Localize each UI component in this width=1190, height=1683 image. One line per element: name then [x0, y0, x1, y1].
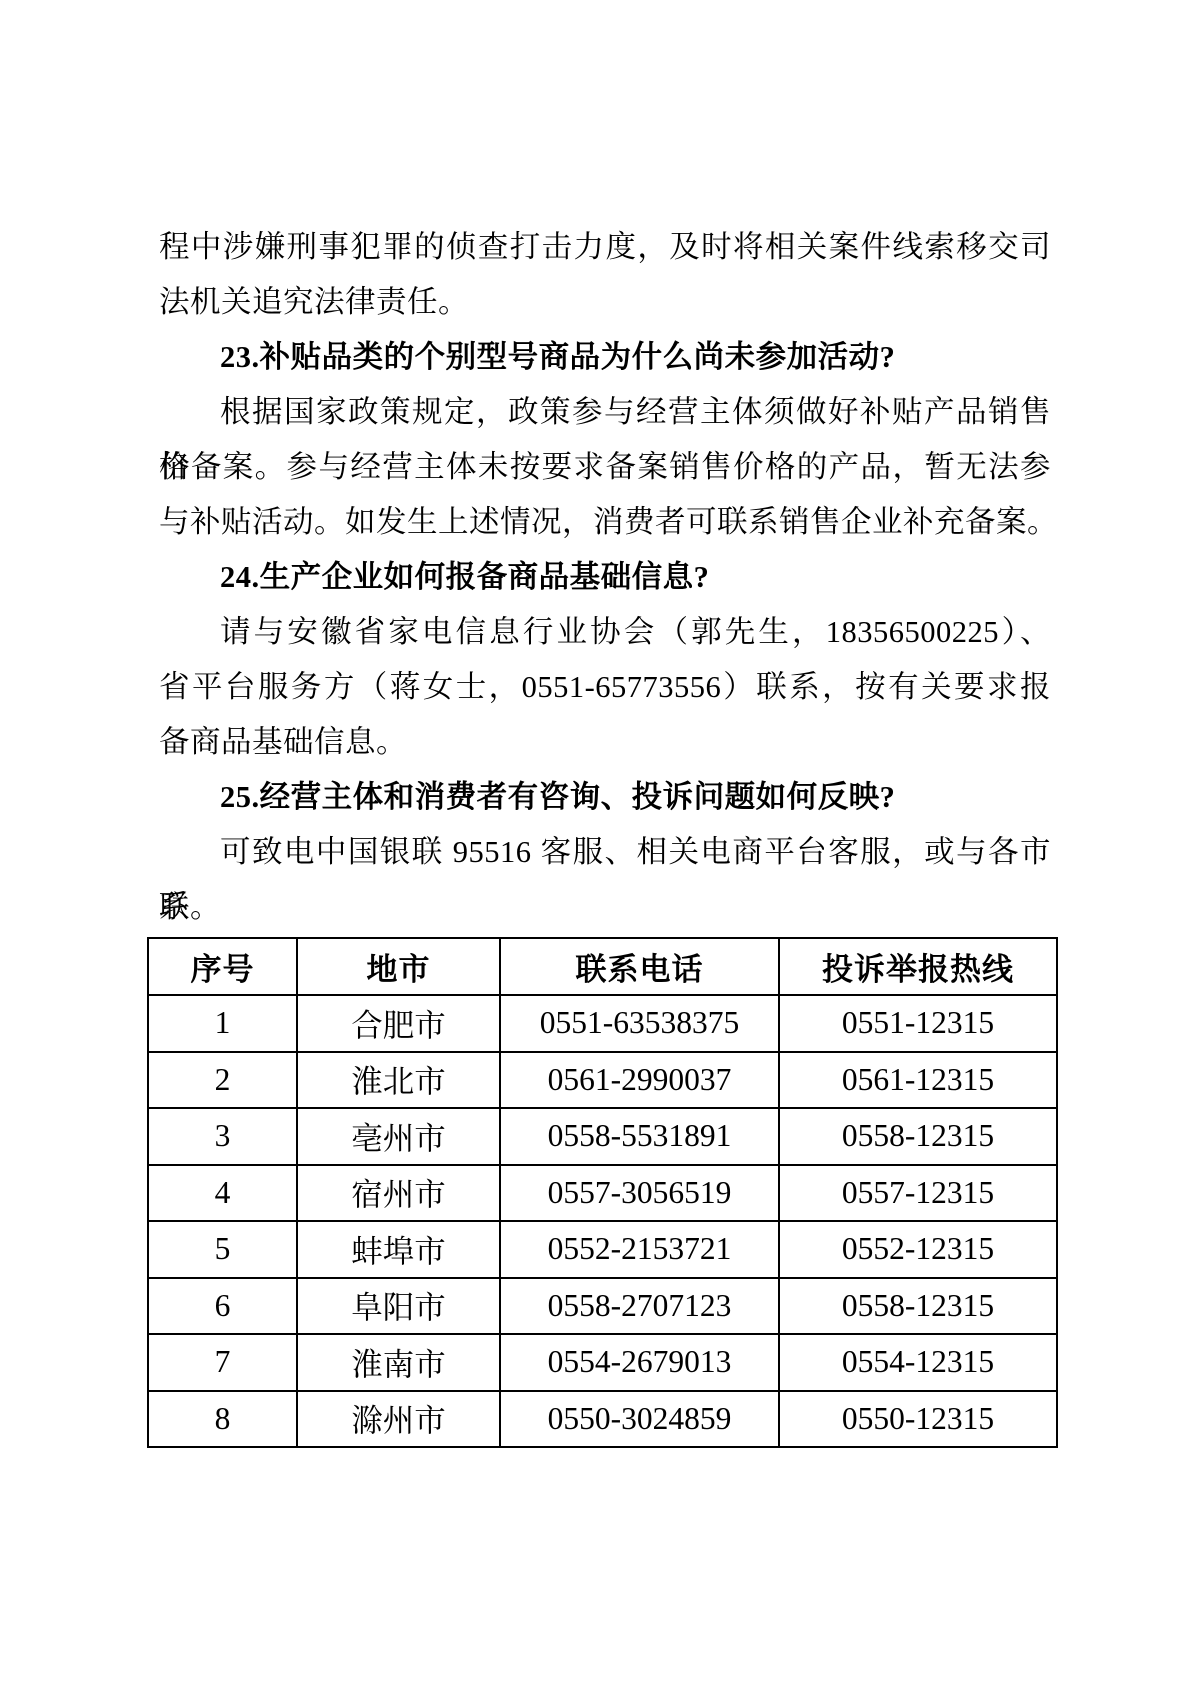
- table-header-row: 序号地市联系电话投诉举报热线: [148, 938, 1057, 995]
- table-cell: 3: [148, 1108, 297, 1165]
- answer-23: 根据国家政策规定，政策参与经营主体须做好补贴产品销售价格备案。参与经营主体未按要…: [159, 385, 1051, 550]
- table-cell: 合肥市: [297, 995, 500, 1052]
- table-cell: 1: [148, 995, 297, 1052]
- table-cell: 0558-5531891: [500, 1108, 779, 1165]
- table-row: 2淮北市0561-29900370561-12315: [148, 1052, 1057, 1109]
- paragraph-line: 法机关追究法律责任。: [159, 275, 1051, 330]
- table-cell: 0557-3056519: [500, 1165, 779, 1222]
- question-25: 25.经营主体和消费者有咨询、投诉问题如何反映?: [159, 770, 1051, 825]
- paragraph-line: 格备案。参与经营主体未按要求备案销售价格的产品，暂无法参: [159, 440, 1051, 495]
- table-cell: 亳州市: [297, 1108, 500, 1165]
- table-cell: 2: [148, 1052, 297, 1109]
- table-row: 3亳州市0558-55318910558-12315: [148, 1108, 1057, 1165]
- paragraph-line: 与补贴活动。如发生上述情况，消费者可联系销售企业补充备案。: [159, 495, 1051, 550]
- heading-line: 24.生产企业如何报备商品基础信息?: [159, 550, 1051, 605]
- table-cell: 0550-12315: [779, 1391, 1057, 1448]
- table-cell: 0552-12315: [779, 1221, 1057, 1278]
- question-23: 23.补贴品类的个别型号商品为什么尚未参加活动?: [159, 330, 1051, 385]
- table-row: 5蚌埠市0552-21537210552-12315: [148, 1221, 1057, 1278]
- table-cell: 滁州市: [297, 1391, 500, 1448]
- table-cell: 蚌埠市: [297, 1221, 500, 1278]
- heading-line: 23.补贴品类的个别型号商品为什么尚未参加活动?: [159, 330, 1051, 385]
- table-row: 1合肥市0551-635383750551-12315: [148, 995, 1057, 1052]
- table-cell: 0558-2707123: [500, 1278, 779, 1335]
- question-24: 24.生产企业如何报备商品基础信息?: [159, 550, 1051, 605]
- paragraph-line: 根据国家政策规定，政策参与经营主体须做好补贴产品销售价: [159, 385, 1051, 440]
- paragraph-line: 系。: [159, 880, 1051, 935]
- table-header-cell: 联系电话: [500, 938, 779, 995]
- table-cell: 0552-2153721: [500, 1221, 779, 1278]
- answer-24: 请与安徽省家电信息行业协会（郭先生，18356500225）、省平台服务方（蒋女…: [159, 605, 1051, 770]
- table-cell: 5: [148, 1221, 297, 1278]
- table-header-cell: 地市: [297, 938, 500, 995]
- table-cell: 0554-2679013: [500, 1334, 779, 1391]
- table-header-cell: 序号: [148, 938, 297, 995]
- table-cell: 4: [148, 1165, 297, 1222]
- table-row: 6阜阳市0558-27071230558-12315: [148, 1278, 1057, 1335]
- table-row: 8滁州市0550-30248590550-12315: [148, 1391, 1057, 1448]
- table-cell: 7: [148, 1334, 297, 1391]
- table-cell: 0551-12315: [779, 995, 1057, 1052]
- contacts-table: 序号地市联系电话投诉举报热线 1合肥市0551-635383750551-123…: [147, 937, 1058, 1448]
- table-cell: 0561-12315: [779, 1052, 1057, 1109]
- heading-line: 25.经营主体和消费者有咨询、投诉问题如何反映?: [159, 770, 1051, 825]
- table-cell: 淮南市: [297, 1334, 500, 1391]
- table-cell: 0561-2990037: [500, 1052, 779, 1109]
- table-row: 4宿州市0557-30565190557-12315: [148, 1165, 1057, 1222]
- paragraph-line: 省平台服务方（蒋女士，0551-65773556）联系，按有关要求报: [159, 660, 1051, 715]
- table-cell: 0551-63538375: [500, 995, 779, 1052]
- table-body: 1合肥市0551-635383750551-123152淮北市0561-2990…: [148, 995, 1057, 1447]
- table-cell: 0554-12315: [779, 1334, 1057, 1391]
- paragraph-line: 请与安徽省家电信息行业协会（郭先生，18356500225）、: [159, 605, 1051, 660]
- document-body: 程中涉嫌刑事犯罪的侦查打击力度，及时将相关案件线索移交司法机关追究法律责任。23…: [159, 220, 1051, 935]
- table-cell: 宿州市: [297, 1165, 500, 1222]
- table-cell: 0550-3024859: [500, 1391, 779, 1448]
- table-cell: 0557-12315: [779, 1165, 1057, 1222]
- document-page: 程中涉嫌刑事犯罪的侦查打击力度，及时将相关案件线索移交司法机关追究法律责任。23…: [0, 0, 1190, 1683]
- table-header-cell: 投诉举报热线: [779, 938, 1057, 995]
- table-cell: 0558-12315: [779, 1108, 1057, 1165]
- table-cell: 淮北市: [297, 1052, 500, 1109]
- table-cell: 8: [148, 1391, 297, 1448]
- answer-25: 可致电中国银联 95516 客服、相关电商平台客服，或与各市联系。: [159, 825, 1051, 935]
- table-cell: 阜阳市: [297, 1278, 500, 1335]
- table-cell: 0558-12315: [779, 1278, 1057, 1335]
- paragraph-line: 程中涉嫌刑事犯罪的侦查打击力度，及时将相关案件线索移交司: [159, 220, 1051, 275]
- para-continuation: 程中涉嫌刑事犯罪的侦查打击力度，及时将相关案件线索移交司法机关追究法律责任。: [159, 220, 1051, 330]
- table-cell: 6: [148, 1278, 297, 1335]
- paragraph-line: 备商品基础信息。: [159, 715, 1051, 770]
- table-row: 7淮南市0554-26790130554-12315: [148, 1334, 1057, 1391]
- paragraph-line: 可致电中国银联 95516 客服、相关电商平台客服，或与各市联: [159, 825, 1051, 880]
